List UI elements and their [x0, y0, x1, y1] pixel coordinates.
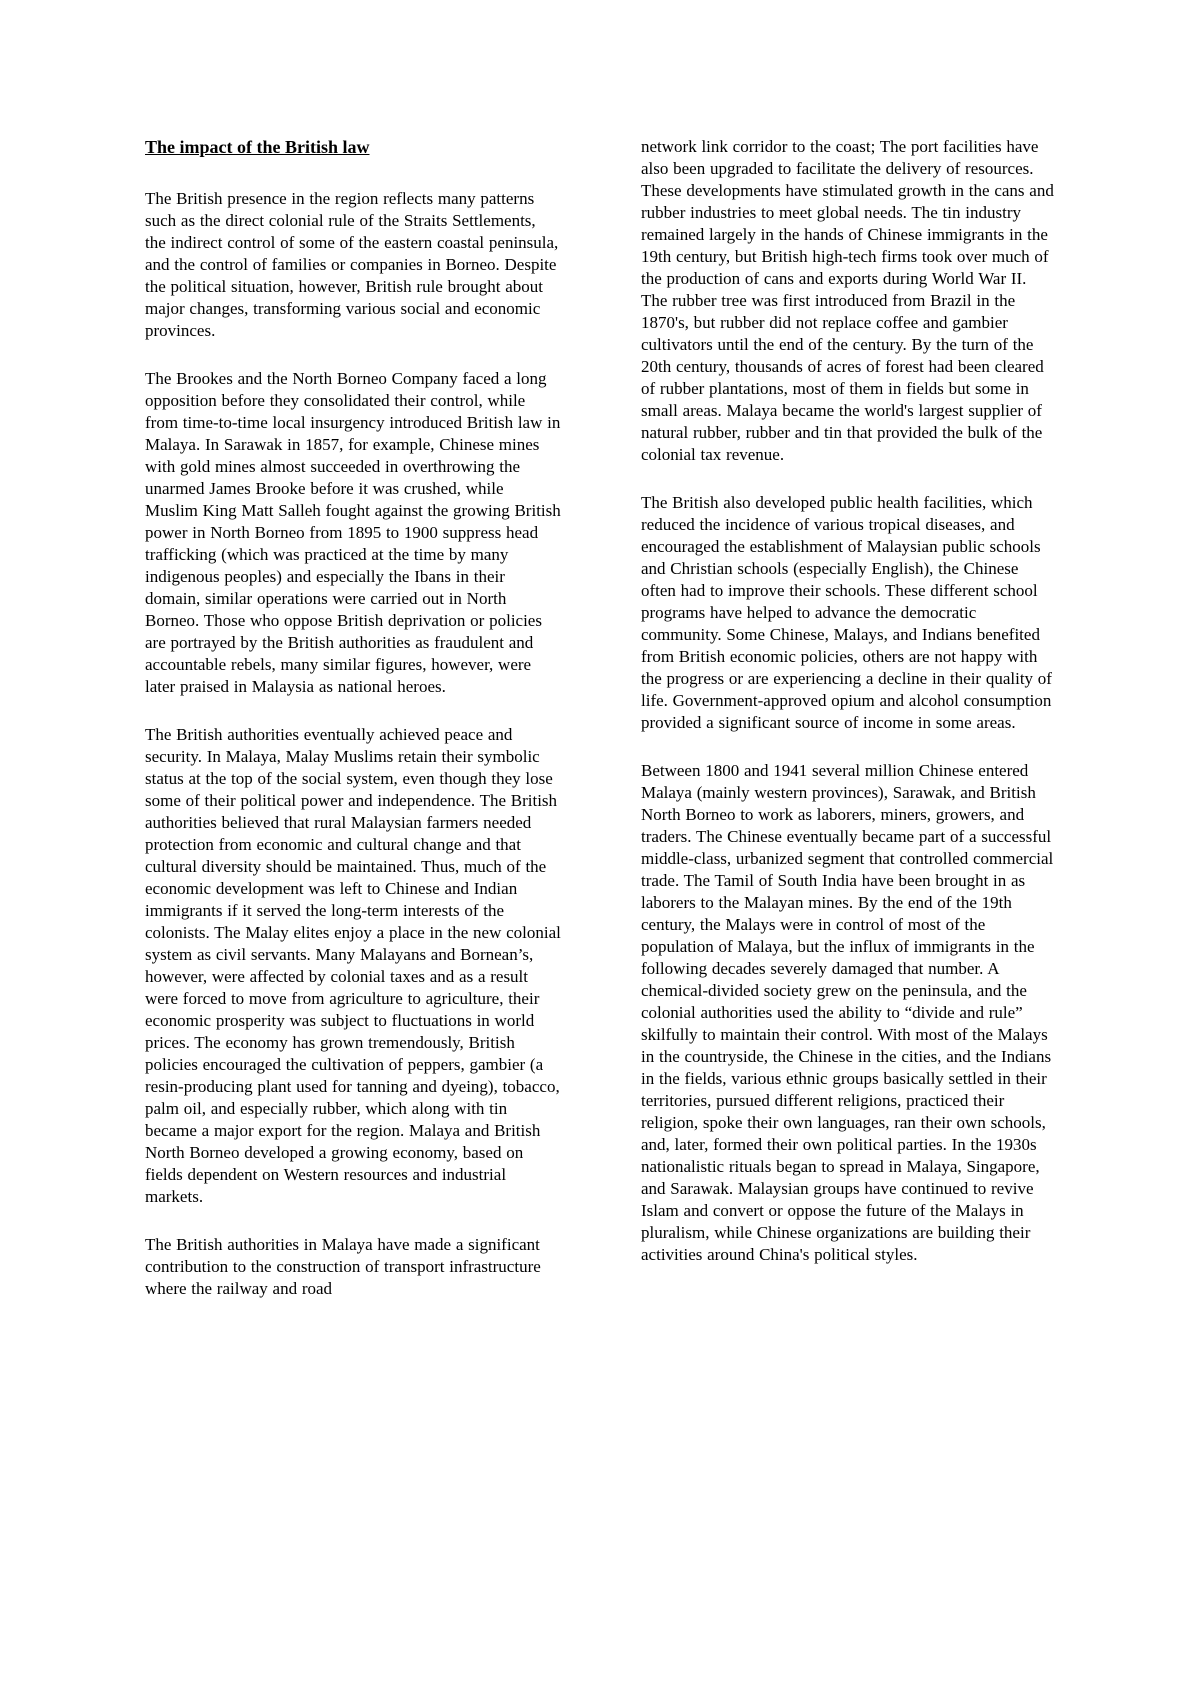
paragraph: network link corridor to the coast; The …: [641, 136, 1057, 466]
document-title: The impact of the British law: [145, 136, 561, 159]
paragraph: The British also developed public health…: [641, 492, 1057, 734]
document-page: The impact of the British law The Britis…: [0, 0, 1200, 1698]
paragraph: Between 1800 and 1941 several million Ch…: [641, 760, 1057, 1266]
paragraph: The British authorities in Malaya have m…: [145, 1234, 561, 1300]
paragraph: The Brookes and the North Borneo Company…: [145, 368, 561, 698]
paragraph: The British presence in the region refle…: [145, 188, 561, 342]
right-column: network link corridor to the coast; The …: [641, 136, 1057, 1698]
paragraph: The British authorities eventually achie…: [145, 724, 561, 1208]
left-column: The impact of the British law The Britis…: [145, 136, 561, 1698]
